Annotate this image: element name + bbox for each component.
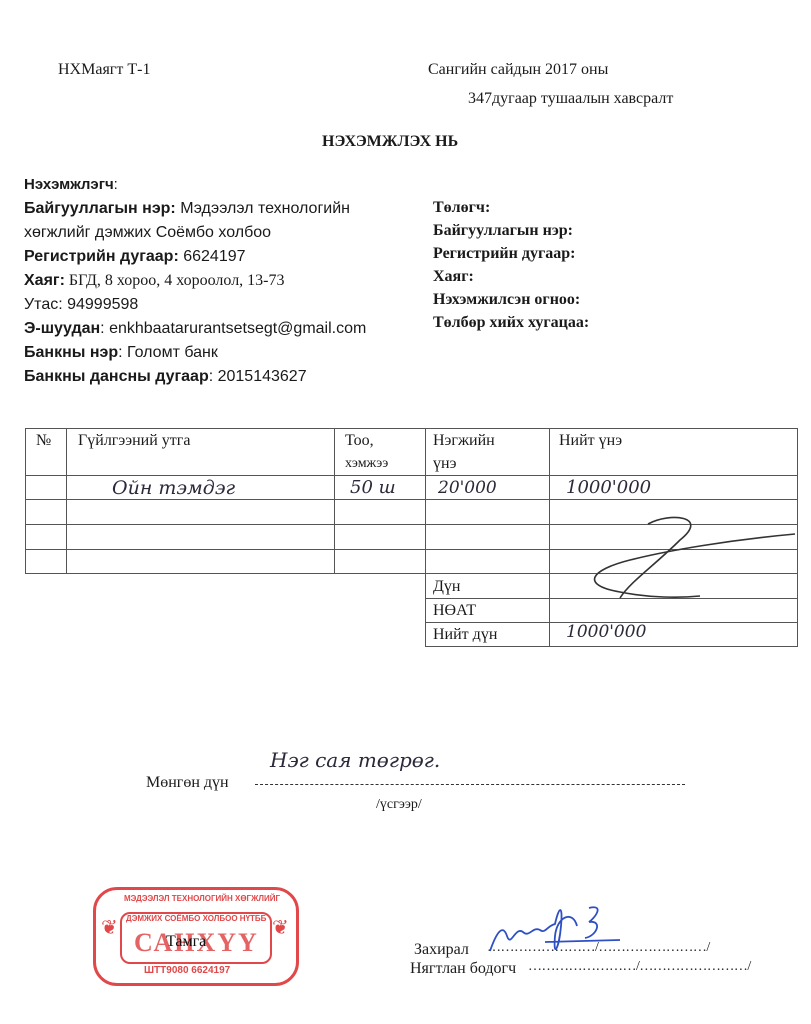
stamp-line-2: ДЭМЖИХ СОЁМБО ХОЛБОО НҮТББ <box>126 914 266 923</box>
payer-heading: Төлөгч: <box>433 199 490 217</box>
issuer-bank-value: Голомт банк <box>127 344 218 361</box>
stamp-label: Тамга <box>166 933 206 951</box>
issuer-bank-label: Банкны нэр <box>24 344 118 361</box>
row-qty: 50 ш <box>350 477 396 498</box>
issuer-address-label: Хаяг: <box>24 272 65 289</box>
issuer-account-label: Банкны дансны дугаар <box>24 368 209 385</box>
row-total: 1000'000 <box>566 477 651 498</box>
form-code: НХМаягт Т-1 <box>58 61 150 79</box>
issuer-org-value: Мэдээлэл технологийн <box>180 200 350 217</box>
issuer-email-label: Э-шуудан <box>24 320 100 337</box>
grand-total-label: Нийт дүн <box>433 626 497 644</box>
col-header-no: № <box>36 432 51 450</box>
accountant-label: Нягтлан бодогч <box>410 960 516 978</box>
stamp-line-1: МЭДЭЭЛЭЛ ТЕХНОЛОГИЙН ХӨГЖЛИЙГ <box>124 894 280 903</box>
document-title: НЭХЭМЖЛЭХ НЬ <box>322 133 458 151</box>
amount-in-words-label: Мөнгөн дүн <box>146 774 229 792</box>
amount-in-words-value: Нэг сая төгрөг. <box>270 748 440 772</box>
issuer-email-value: enkhbaatarurantsetsegt@gmail.com <box>109 320 366 337</box>
cancellation-scribble <box>560 510 800 600</box>
issuer-phone-label: Утас: <box>24 296 63 313</box>
row-unit-price: 20'000 <box>438 478 497 498</box>
director-signature <box>485 896 625 966</box>
col-header-unit-price: Нэгжийн <box>433 432 495 450</box>
issuer-org-label: Байгууллагын нэр: <box>24 200 176 217</box>
issuer-reg-value: 6624197 <box>183 248 245 265</box>
payer-org-label: Байгууллагын нэр: <box>433 222 573 240</box>
amount-in-words-dashes <box>255 784 685 785</box>
grand-total-value: 1000'000 <box>566 622 646 642</box>
issuer-phone-value: 94999598 <box>67 296 138 313</box>
issuer-heading: Нэхэмжлэгч <box>24 176 114 193</box>
issuer-account-value: 2015143627 <box>218 368 307 385</box>
issuer-org-value-2: хөгжлийг дэмжих Соёмбо холбоо <box>24 224 271 242</box>
amount-in-words-caption: /үсгээр/ <box>376 797 422 813</box>
laurel-right-icon: ❦ <box>272 915 289 940</box>
payer-due-label: Төлбөр хийх хугацаа: <box>433 314 589 332</box>
laurel-left-icon: ❦ <box>101 915 118 940</box>
accountant-signature-line: ……………………/……………………/ <box>528 959 751 975</box>
payer-date-label: Нэхэмжилсэн огноо: <box>433 291 580 309</box>
ministry-line-2: 347дугаар тушаалын хавсралт <box>468 90 673 108</box>
col-header-total: Нийт үнэ <box>559 432 622 450</box>
row-description: Ойн тэмдэг <box>112 477 235 499</box>
col-header-qty: Тоо, <box>345 432 374 450</box>
stamp-bottom: ШТТ9080 6624197 <box>144 965 230 976</box>
col-header-qty-2: хэмжээ <box>345 456 388 472</box>
col-header-description: Гүйлгээний утга <box>78 432 190 450</box>
col-header-unit-price-2: үнэ <box>433 455 456 473</box>
issuer-address-value: БГД, 8 хороо, 4 хороолол, 13-73 <box>69 272 285 289</box>
director-label: Захирал <box>414 941 469 959</box>
payer-reg-label: Регистрийн дугаар: <box>433 245 575 263</box>
vat-label: НӨАТ <box>433 602 476 620</box>
ministry-line-1: Сангийн сайдын 2017 оны <box>428 61 608 79</box>
payer-address-label: Хаяг: <box>433 268 474 286</box>
subtotal-label: Дүн <box>433 578 460 596</box>
issuer-reg-label: Регистрийн дугаар: <box>24 248 179 265</box>
